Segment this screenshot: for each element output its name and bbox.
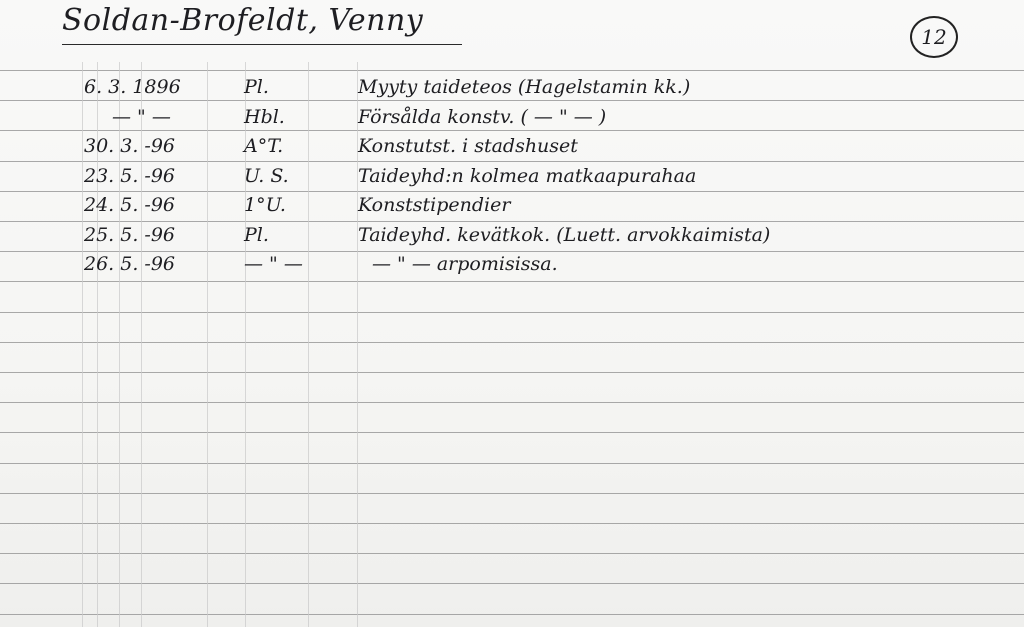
entry-description: Konstutst. i stadshuset (358, 137, 578, 156)
entry-description: — " — arpomisissa. (372, 255, 558, 274)
ruled-line (0, 312, 1024, 313)
ruled-line (0, 493, 1024, 494)
ruled-line (0, 402, 1024, 403)
entry-date: 25. 5. -96 (84, 226, 175, 245)
ruled-line (0, 100, 1024, 101)
ruled-line (0, 614, 1024, 615)
entry-source-code: Hbl. (244, 108, 285, 127)
ruled-line (0, 281, 1024, 282)
entry-source-code: Pl. (244, 78, 269, 97)
ruled-line (0, 161, 1024, 162)
entry-date: 26. 5. -96 (84, 255, 175, 274)
title-underline (62, 44, 462, 45)
entry-date: 23. 5. -96 (84, 167, 175, 186)
ruled-line (0, 342, 1024, 343)
entry-date: — " — (112, 108, 171, 127)
entry-source-code: U. S. (244, 167, 289, 186)
column-line (207, 62, 208, 627)
ruled-line (0, 553, 1024, 554)
ruled-line (0, 130, 1024, 131)
card-title: Soldan-Brofeldt, Venny (62, 6, 423, 36)
entry-description: Myyty taideteos (Hagelstamin kk.) (358, 78, 690, 97)
column-line (82, 62, 83, 627)
entry-description: Konststipendier (358, 196, 510, 215)
entry-description: Försålda konstv. ( — " — ) (358, 108, 606, 127)
ruled-line (0, 372, 1024, 373)
entry-source-code: — " — (244, 255, 303, 274)
ruled-line (0, 523, 1024, 524)
entry-date: 24. 5. -96 (84, 196, 175, 215)
entry-source-code: 1°U. (244, 196, 286, 215)
entry-source-code: A°T. (244, 137, 283, 156)
ruled-line (0, 251, 1024, 252)
entry-description: Taideyhd. kevätkok. (Luett. arvokkaimist… (358, 226, 770, 245)
column-line (308, 62, 309, 627)
index-card: Soldan-Brofeldt, Venny 12 6. 3. 1896Pl.M… (0, 0, 1024, 627)
entry-description: Taideyhd:n kolmea matkaapurahaa (358, 167, 696, 186)
entry-source-code: Pl. (244, 226, 269, 245)
card-number-badge: 12 (910, 16, 958, 58)
ruled-line (0, 191, 1024, 192)
ruled-line (0, 463, 1024, 464)
entry-date: 30. 3. -96 (84, 137, 175, 156)
ruled-line (0, 583, 1024, 584)
entry-date: 6. 3. 1896 (84, 78, 181, 97)
ruled-line (0, 221, 1024, 222)
ruled-line (0, 70, 1024, 71)
ruled-line (0, 432, 1024, 433)
card-number: 12 (921, 25, 946, 49)
